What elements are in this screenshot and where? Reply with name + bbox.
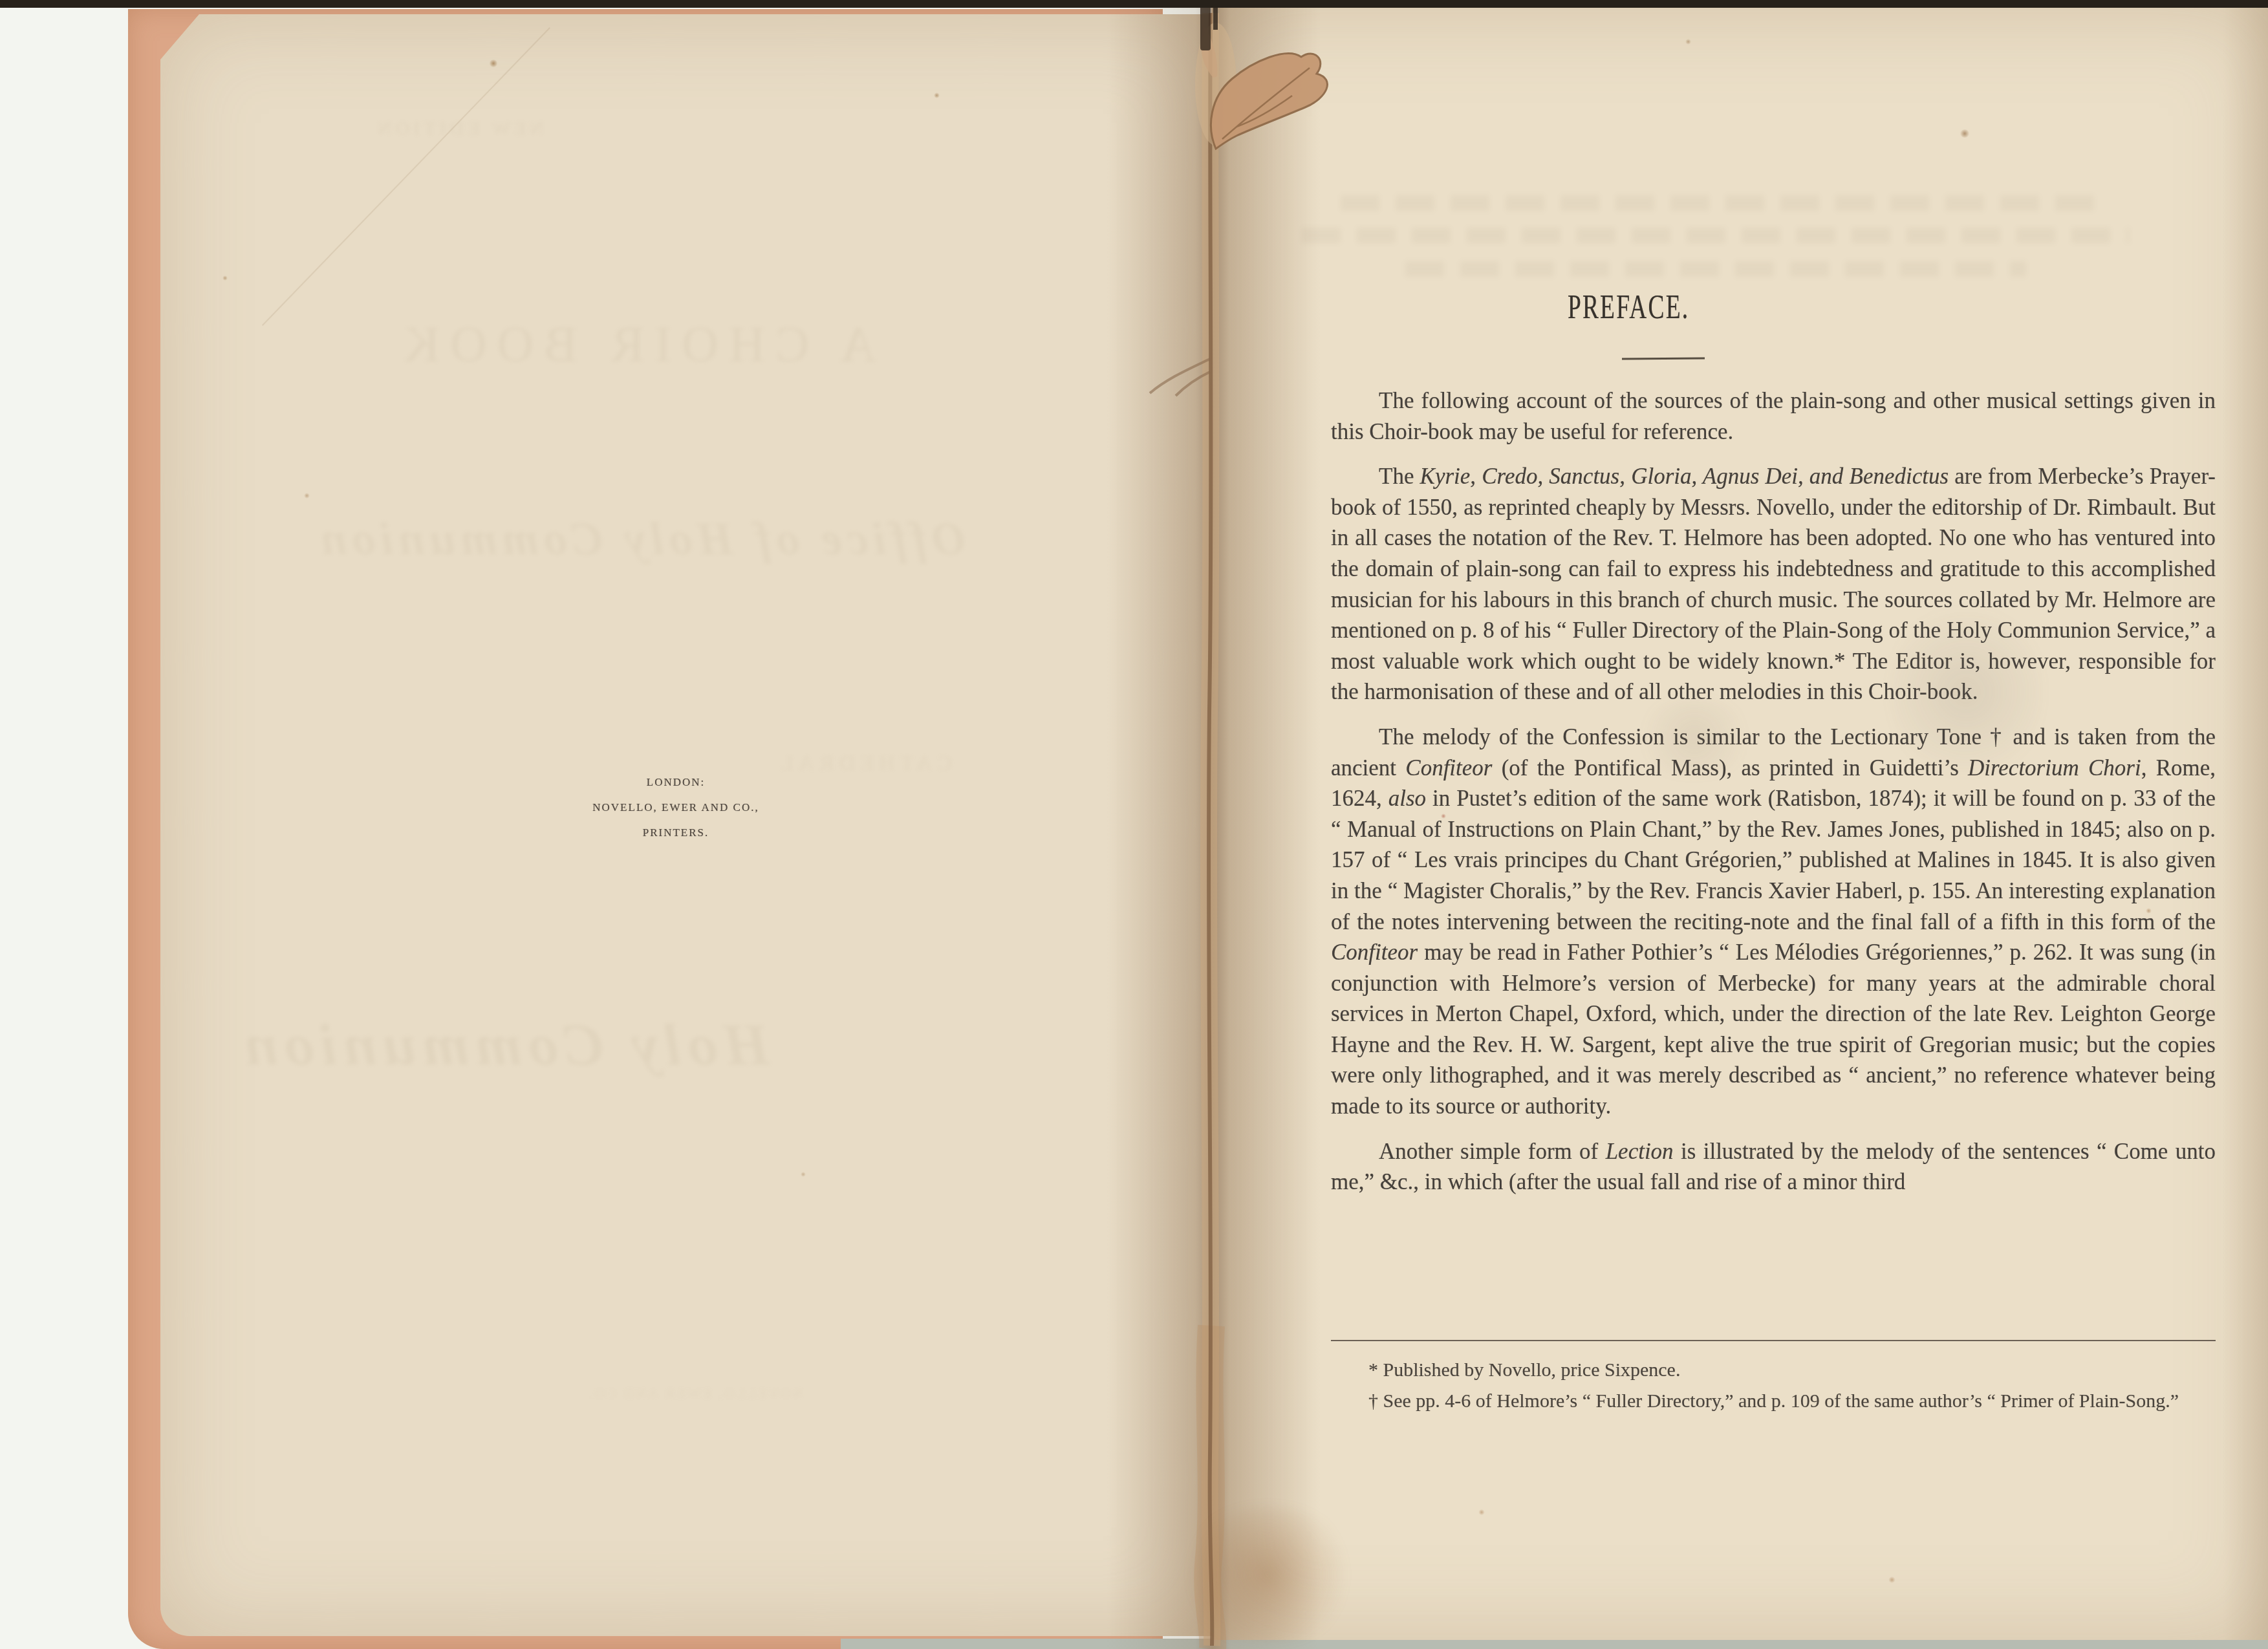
imprint-line-city: LONDON:: [569, 770, 783, 795]
foxing-spot: [222, 275, 228, 281]
page-title: PREFACE.: [1568, 288, 1689, 327]
ghost-text-cathedral: CATHEDRAL: [775, 751, 952, 776]
printer-imprint: LONDON: NOVELLO, EWER AND CO., PRINTERS.: [569, 770, 783, 845]
foxing-spot: [489, 59, 498, 67]
footnotes: * Published by Novello, price Sixpence. …: [1331, 1357, 2216, 1419]
paragraph-lection: Another simple form of Lection is illust…: [1331, 1136, 2216, 1198]
imprint-line-publisher: NOVELLO, EWER AND CO.,: [569, 795, 783, 820]
paragraph-sources: The following account of the sources of …: [1331, 385, 2216, 447]
foxing-spot: [2146, 908, 2152, 914]
foxing-spot: [1478, 1509, 1485, 1515]
scan-top-edge: [0, 0, 2268, 8]
page-smudge: [1888, 595, 2044, 789]
paragraph-confession: The melody of the Confession is similar …: [1331, 722, 2216, 1122]
paragraph-merbecke: The Kyrie, Credo, Sanctus, Gloria, Agnus…: [1331, 461, 2216, 707]
foxing-spot: [801, 1172, 806, 1177]
foxing-spot: [1960, 129, 1970, 138]
bleed-through-smudge: [1302, 228, 2130, 243]
foxing-spot: [1441, 814, 1446, 819]
ghost-text-office: Office of Holy Communion: [316, 512, 966, 566]
footnote-dagger: † See pp. 4-6 of Helmore’s “ Fuller Dire…: [1331, 1388, 2216, 1415]
book-scan: NEW EDITION A CHOIR BOOK Office of Holy …: [0, 0, 2268, 1649]
ghost-text-communion: Holy Communion: [238, 1010, 770, 1079]
foxing-spot: [934, 92, 940, 98]
foxing-spot: [1685, 39, 1691, 45]
footnote-rule: [1331, 1340, 2216, 1341]
imprint-line-printers: PRINTERS.: [569, 820, 783, 845]
page-smudge: [1630, 698, 1759, 776]
bleed-through-smudge: [1341, 195, 2104, 211]
foxing-spot: [1888, 1577, 1895, 1583]
foxing-spot: [304, 493, 310, 499]
ghost-text-book-title: A CHOIR BOOK: [393, 315, 876, 373]
footnote-asterisk: * Published by Novello, price Sixpence.: [1331, 1357, 2216, 1384]
preface-body: The following account of the sources of …: [1331, 385, 2216, 1212]
gutter-tear-graphic: [1086, 0, 1358, 1649]
tear-branch: [1150, 359, 1210, 396]
page-crease: [262, 27, 550, 326]
scanner-bed-strip: [841, 1639, 2268, 1649]
ghost-text-imprint-bleed: NOVELLO, EWER AND CO.: [587, 1385, 803, 1402]
gutter-bottom-stain: [1177, 1507, 1358, 1643]
bleed-through-smudge: [1405, 261, 2026, 277]
